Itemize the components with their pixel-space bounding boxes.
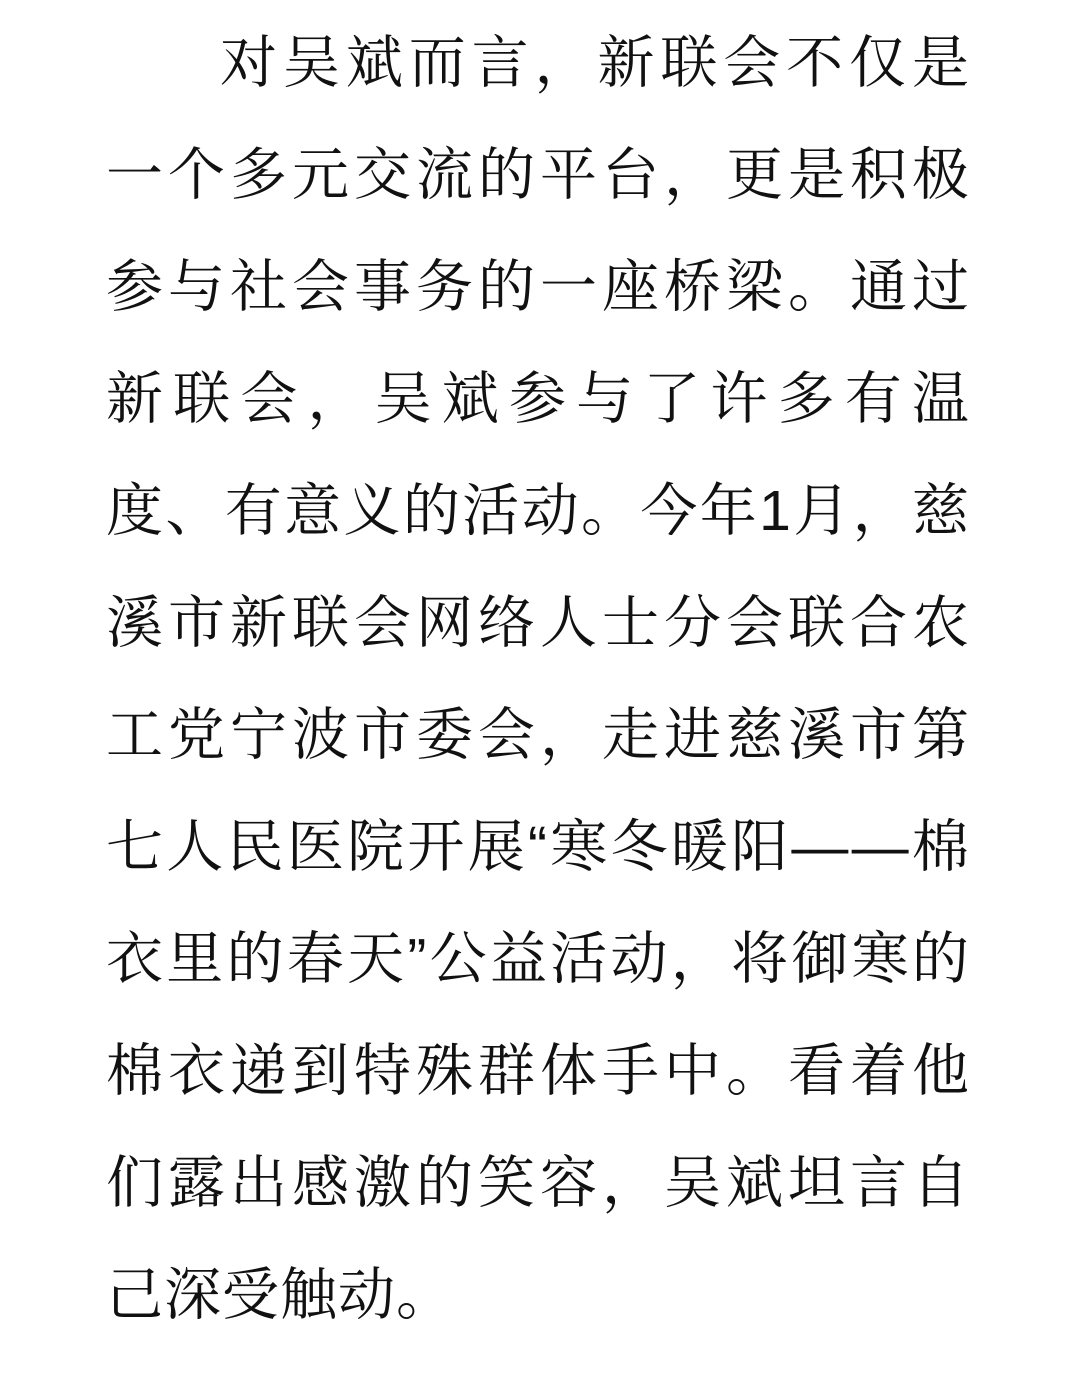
char: 笑 xyxy=(478,1155,535,1212)
char: 委 xyxy=(416,707,473,764)
char: 活 xyxy=(462,483,519,540)
char: 。 xyxy=(581,483,638,540)
char: 的 xyxy=(416,1155,473,1212)
char: 坦 xyxy=(788,1155,845,1212)
char: 络 xyxy=(478,595,535,652)
char: 台 xyxy=(602,147,659,204)
char: ， xyxy=(602,1155,659,1212)
char: 益 xyxy=(490,931,547,988)
char: 今 xyxy=(640,483,697,540)
char: 有 xyxy=(845,371,902,428)
char: 斌 xyxy=(346,35,403,92)
char: 医 xyxy=(287,819,344,876)
char: 吴 xyxy=(664,1155,721,1212)
char: 的 xyxy=(227,931,284,988)
char: ， xyxy=(664,147,721,204)
text-line-8: 七人民医院开展“寒冬暖阳——棉 xyxy=(106,791,969,903)
char: 激 xyxy=(354,1155,411,1212)
char: 。 xyxy=(726,1043,783,1100)
char: 联 xyxy=(660,35,717,92)
char: 务 xyxy=(416,259,473,316)
char: 他 xyxy=(912,1043,969,1100)
char: 与 xyxy=(576,371,633,428)
char: 新 xyxy=(230,595,287,652)
char: 斌 xyxy=(442,371,499,428)
char: 进 xyxy=(664,707,721,764)
char: — xyxy=(791,819,848,876)
char: 御 xyxy=(791,931,848,988)
char: 会 xyxy=(726,595,783,652)
char: 一 xyxy=(540,259,597,316)
char: 出 xyxy=(230,1155,287,1212)
char: 溪 xyxy=(788,707,845,764)
text-line-5: 度、有意义的活动。今年1月，慈 xyxy=(106,455,969,567)
char: 农 xyxy=(912,595,969,652)
char: 活 xyxy=(550,931,607,988)
char: 特 xyxy=(354,1043,411,1100)
text-line-1: 对吴斌而言，新联会不仅是 xyxy=(106,7,969,119)
char: 自 xyxy=(912,1155,969,1212)
char: 动 xyxy=(338,1267,396,1324)
char: 容 xyxy=(540,1155,597,1212)
char: 市 xyxy=(850,707,907,764)
char: 是 xyxy=(788,147,845,204)
char: 更 xyxy=(726,147,783,204)
char: 年 xyxy=(700,483,757,540)
char: 月 xyxy=(793,483,850,540)
char: 体 xyxy=(540,1043,597,1100)
char: 将 xyxy=(731,931,788,988)
article-paragraph: 对吴斌而言，新联会不仅是一个多元交流的平台，更是积极参与社会事务的一座桥梁。通过… xyxy=(106,7,969,1351)
char: 天 xyxy=(347,931,404,988)
char: 流 xyxy=(416,147,473,204)
char: 走 xyxy=(602,707,659,764)
char: 棉 xyxy=(106,1043,163,1100)
text-line-12: 己深受触动。 xyxy=(106,1239,969,1351)
char: 到 xyxy=(292,1043,349,1100)
char: 公 xyxy=(430,931,487,988)
char: 慈 xyxy=(912,483,969,540)
text-line-11: 们露出感激的笑容，吴斌坦言自 xyxy=(106,1127,969,1239)
char: 新 xyxy=(597,35,654,92)
char: 棉 xyxy=(912,819,969,876)
char: 衣 xyxy=(106,931,163,988)
char: 院 xyxy=(347,819,404,876)
char: 深 xyxy=(164,1267,222,1324)
article-page: 对吴斌而言，新联会不仅是一个多元交流的平台，更是积极参与社会事务的一座桥梁。通过… xyxy=(0,0,1080,1396)
char: 的 xyxy=(478,147,535,204)
char: 触 xyxy=(280,1267,338,1324)
char: 受 xyxy=(222,1267,280,1324)
char: 极 xyxy=(912,147,969,204)
char: 参 xyxy=(106,259,163,316)
char: 动 xyxy=(611,931,668,988)
char: 。 xyxy=(788,259,845,316)
char: 市 xyxy=(168,595,225,652)
char: 殊 xyxy=(416,1043,473,1100)
text-line-2: 一个多元交流的平台，更是积极 xyxy=(106,119,969,231)
char: 新 xyxy=(106,371,163,428)
char: 斌 xyxy=(726,1155,783,1212)
char: 平 xyxy=(540,147,597,204)
char: 们 xyxy=(106,1155,163,1212)
char: 不 xyxy=(786,35,843,92)
char: 合 xyxy=(850,595,907,652)
char: ” xyxy=(407,931,426,988)
char: 着 xyxy=(850,1043,907,1100)
char: 参 xyxy=(509,371,566,428)
char: 与 xyxy=(168,259,225,316)
char: 事 xyxy=(354,259,411,316)
char: 开 xyxy=(407,819,464,876)
char: 里 xyxy=(166,931,223,988)
char: 度 xyxy=(106,483,163,540)
char: 1 xyxy=(759,483,791,540)
char: 第 xyxy=(912,707,969,764)
char: 寒 xyxy=(550,819,607,876)
char: 会 xyxy=(292,259,349,316)
char: — xyxy=(852,819,909,876)
char: 积 xyxy=(850,147,907,204)
char: ， xyxy=(853,483,910,540)
char: 宁 xyxy=(230,707,287,764)
char: 民 xyxy=(227,819,284,876)
char: 展 xyxy=(468,819,525,876)
char: 阳 xyxy=(731,819,788,876)
char: 意 xyxy=(284,483,341,540)
char: “ xyxy=(528,819,547,876)
char: 温 xyxy=(912,371,969,428)
char: 元 xyxy=(292,147,349,204)
char: 会 xyxy=(354,595,411,652)
char: 网 xyxy=(416,595,473,652)
char: 寒 xyxy=(852,931,909,988)
char: ， xyxy=(307,371,364,428)
char: 吴 xyxy=(283,35,340,92)
char: 慈 xyxy=(726,707,783,764)
text-line-7: 工党宁波市委会，走进慈溪市第 xyxy=(106,679,969,791)
char: 过 xyxy=(912,259,969,316)
char: 多 xyxy=(230,147,287,204)
char: 桥 xyxy=(664,259,721,316)
char: 。 xyxy=(396,1267,454,1324)
char: 的 xyxy=(912,931,969,988)
char: 会 xyxy=(240,371,297,428)
char: 许 xyxy=(710,371,767,428)
char: 吴 xyxy=(375,371,432,428)
char: 言 xyxy=(472,35,529,92)
text-line-6: 溪市新联会网络人士分会联合农 xyxy=(106,567,969,679)
char: 看 xyxy=(788,1043,845,1100)
char: 仅 xyxy=(849,35,906,92)
text-line-3: 参与社会事务的一座桥梁。通过 xyxy=(106,231,969,343)
char: 会 xyxy=(478,707,535,764)
char: 工 xyxy=(106,707,163,764)
char: ， xyxy=(535,35,592,92)
char: 溪 xyxy=(106,595,163,652)
char: 手 xyxy=(602,1043,659,1100)
char: 冬 xyxy=(611,819,668,876)
text-line-4: 新联会，吴斌参与了许多有温 xyxy=(106,343,969,455)
char: 中 xyxy=(664,1043,721,1100)
char: 社 xyxy=(230,259,287,316)
char: ， xyxy=(671,931,728,988)
char: 动 xyxy=(522,483,579,540)
char: 、 xyxy=(165,483,222,540)
char: 联 xyxy=(292,595,349,652)
char: 通 xyxy=(850,259,907,316)
char: 一 xyxy=(106,147,163,204)
char: 个 xyxy=(168,147,225,204)
char: 梁 xyxy=(726,259,783,316)
char: 对 xyxy=(220,35,277,92)
text-line-10: 棉衣递到特殊群体手中。看着他 xyxy=(106,1015,969,1127)
char: 是 xyxy=(912,35,969,92)
char: 衣 xyxy=(168,1043,225,1100)
char: 士 xyxy=(602,595,659,652)
char: 而 xyxy=(409,35,466,92)
text-line-9: 衣里的春天”公益活动，将御寒的 xyxy=(106,903,969,1015)
char: 暖 xyxy=(671,819,728,876)
char: 市 xyxy=(354,707,411,764)
char: 己 xyxy=(106,1267,164,1324)
char: 多 xyxy=(778,371,835,428)
char: ， xyxy=(540,707,597,764)
char: 群 xyxy=(478,1043,535,1100)
char: 七 xyxy=(106,819,163,876)
char: 联 xyxy=(173,371,230,428)
char: 交 xyxy=(354,147,411,204)
char: 联 xyxy=(788,595,845,652)
char: 义 xyxy=(344,483,401,540)
char: 了 xyxy=(643,371,700,428)
char: 党 xyxy=(168,707,225,764)
char: 座 xyxy=(602,259,659,316)
char: 有 xyxy=(225,483,282,540)
char: 感 xyxy=(292,1155,349,1212)
char: 会 xyxy=(723,35,780,92)
char: 的 xyxy=(403,483,460,540)
char: 春 xyxy=(287,931,344,988)
char: 波 xyxy=(292,707,349,764)
char: 的 xyxy=(478,259,535,316)
char: 露 xyxy=(168,1155,225,1212)
char: 分 xyxy=(664,595,721,652)
char: 人 xyxy=(540,595,597,652)
char: 言 xyxy=(850,1155,907,1212)
char: 人 xyxy=(166,819,223,876)
char: 递 xyxy=(230,1043,287,1100)
